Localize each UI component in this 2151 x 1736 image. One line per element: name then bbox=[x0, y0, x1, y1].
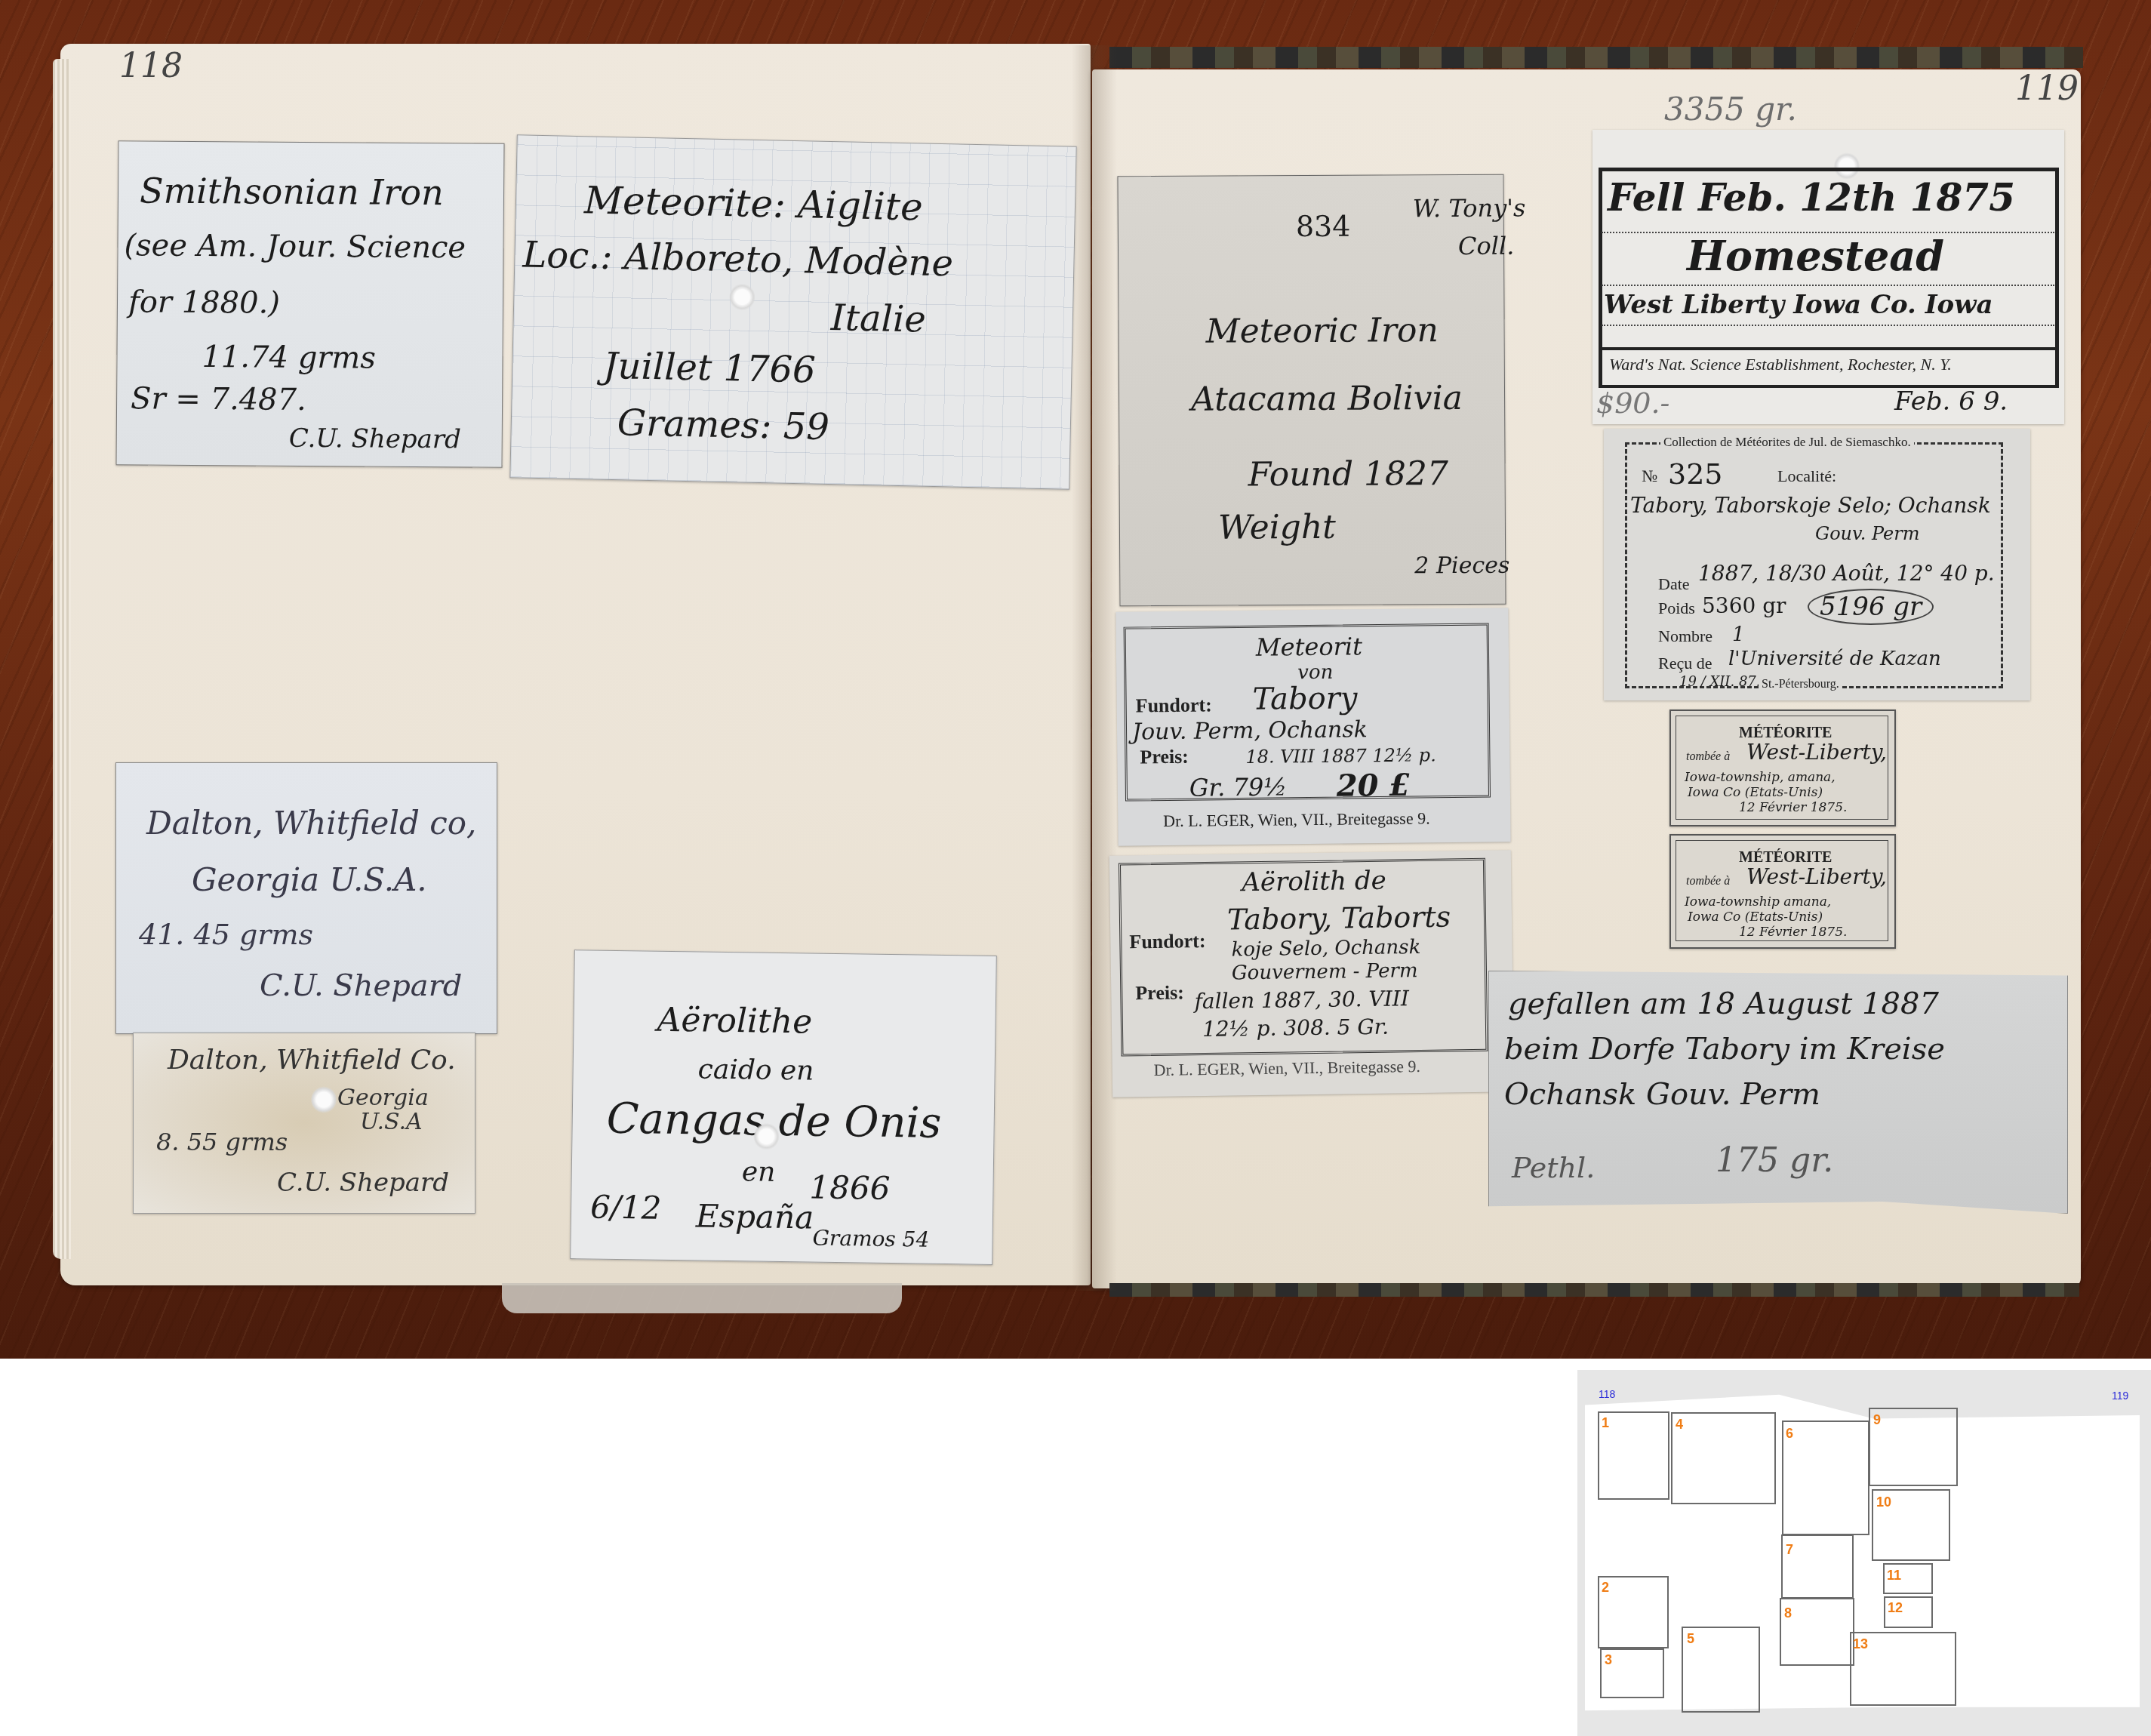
recu-label: Reçu de bbox=[1658, 654, 1712, 673]
nombre-label: Nombre bbox=[1658, 626, 1712, 646]
specimen-label-8: Aërolith de Fundort: Tabory, Taborts koj… bbox=[1109, 850, 1514, 1097]
label-line: 12 Février 1875. bbox=[1739, 925, 1847, 940]
poids-value: 5360 gr bbox=[1702, 593, 1786, 618]
diagram-number: 13 bbox=[1853, 1636, 1868, 1652]
label-line: Atacama Bolivia bbox=[1191, 379, 1463, 419]
locality-name: Homestead bbox=[1687, 232, 1944, 280]
label-line: Italie bbox=[830, 297, 926, 341]
page-edges bbox=[53, 59, 71, 1259]
label-line: 1866 bbox=[809, 1168, 891, 1206]
locality-name: West-Liberty, bbox=[1746, 740, 1887, 765]
label-line: Meteoric Iron bbox=[1205, 311, 1439, 351]
preis-label: Preis: bbox=[1135, 981, 1184, 1005]
label-line: 18. VIII 1887 12½ p. bbox=[1245, 744, 1436, 768]
diagram-number: 1 bbox=[1602, 1415, 1609, 1431]
pencil-initials: Pethl. bbox=[1512, 1151, 1595, 1184]
specimen-label-3: Dalton, Whitfield Co. Georgia U.S.A 8. 5… bbox=[133, 1033, 475, 1214]
page-number-right: 119 bbox=[2015, 69, 2079, 108]
date-value: 1887, 18/30 Août, 12° 40 p. bbox=[1698, 561, 1995, 586]
tombee-label: tombée à bbox=[1686, 875, 1730, 888]
label-line: 8. 55 grms bbox=[156, 1128, 288, 1156]
label-line: España bbox=[696, 1197, 814, 1236]
label-line: Juillet 1766 bbox=[603, 345, 816, 392]
diagram-box-9 bbox=[1869, 1408, 1958, 1486]
diagram-number: 9 bbox=[1873, 1412, 1881, 1428]
label-line: U.S.A bbox=[360, 1109, 423, 1135]
specimen-label-12: MÉTÉORITE tombée à West-Liberty, Iowa-to… bbox=[1669, 834, 1896, 949]
label-line: Tabory, Taborts bbox=[1227, 900, 1451, 936]
mid-rule bbox=[1599, 347, 2059, 350]
label-line: Iowa Co (Etats-Unis) bbox=[1688, 910, 1823, 925]
label-line: Loc.: Alboreto, Modène bbox=[522, 233, 954, 285]
dotted-line bbox=[1602, 285, 2054, 286]
localite-value: Gouv. Perm bbox=[1815, 523, 1920, 544]
diagram-number: 10 bbox=[1876, 1494, 1891, 1510]
top-rule bbox=[1599, 168, 2059, 171]
label-line: Aërolithe bbox=[657, 1001, 812, 1042]
fundort-label: Fundort: bbox=[1129, 930, 1206, 953]
specimen-label-4: Meteorite: Aiglite Loc.: Alboreto, Modèn… bbox=[509, 134, 1076, 489]
label-line: Grames: 59 bbox=[617, 402, 829, 448]
specimen-label-11: MÉTÉORITE tombée à West-Liberty, Iowa-to… bbox=[1669, 709, 1896, 826]
label-line: Meteorit bbox=[1256, 632, 1363, 661]
label-line: 11.74 grms bbox=[202, 340, 376, 376]
pencil-weight-note: 3355 gr. bbox=[1664, 91, 1797, 128]
tombee-label: tombée à bbox=[1686, 750, 1730, 764]
diagram-box-6 bbox=[1782, 1421, 1869, 1535]
label-line: 41. 45 grms bbox=[139, 918, 313, 951]
specimen-label-10: Collection de Météorites de Jul. de Siem… bbox=[1604, 429, 2030, 700]
label-line: Meteorite: Aiglite bbox=[583, 178, 923, 229]
diagram-page-119: 119 bbox=[2112, 1390, 2128, 1402]
specimen-label-5: Aërolithe caido en Cangas de Onis en 6/1… bbox=[570, 950, 997, 1265]
marbled-cover-top bbox=[1109, 47, 2083, 68]
localite-label: Localité: bbox=[1777, 466, 1836, 486]
label-line: Tabory bbox=[1252, 681, 1357, 716]
number-label: № bbox=[1642, 466, 1657, 486]
diagram-box-4 bbox=[1671, 1412, 1776, 1504]
label-line: Iowa-township, amana, bbox=[1685, 770, 1836, 785]
collection-note: Coll. bbox=[1458, 232, 1515, 260]
circled-weight: 5196 gr bbox=[1808, 589, 1934, 625]
label-line: Smithsonian Iron bbox=[140, 170, 444, 213]
specimen-label-9: Fell Feb. 12th 1875 Homestead West Liber… bbox=[1592, 130, 2064, 424]
diagram-number: 4 bbox=[1676, 1417, 1683, 1433]
pencil-initials: Feb. 6 9. bbox=[1894, 386, 2008, 417]
diagram-number: 3 bbox=[1605, 1652, 1612, 1668]
specimen-label-2: Dalton, Whitfield co, Georgia U.S.A. 41.… bbox=[115, 762, 497, 1034]
diagram-number: 12 bbox=[1888, 1600, 1903, 1616]
book-photo: 118 119 3355 gr. Smithsonian Iron (see A… bbox=[0, 0, 2151, 1359]
signature: C.U. Shepard bbox=[260, 968, 462, 1003]
catalog-number: 834 bbox=[1296, 210, 1351, 243]
label-line: 12 Février 1875. bbox=[1739, 800, 1847, 815]
diagram-number: 2 bbox=[1602, 1580, 1609, 1596]
torn-page-fragment bbox=[502, 1283, 902, 1313]
label-line: Dalton, Whitfield co, bbox=[146, 805, 476, 842]
preis-label: Preis: bbox=[1140, 746, 1189, 769]
pin-hole bbox=[753, 1122, 779, 1150]
collection-note: W. Tony's bbox=[1413, 194, 1526, 223]
label-line: Gouvernem - Perm bbox=[1232, 959, 1418, 984]
label-line: West Liberty Iowa Co. Iowa bbox=[1604, 290, 1993, 320]
collection-header: Collection de Météorites de Jul. de Siem… bbox=[1660, 435, 1914, 450]
diagram-page-118: 118 bbox=[1599, 1388, 1615, 1400]
price-value: 20 £ bbox=[1337, 768, 1411, 804]
diagram-number: 8 bbox=[1784, 1605, 1792, 1621]
label-line: Gramos 54 bbox=[812, 1226, 929, 1252]
label-line: Georgia U.S.A. bbox=[192, 861, 427, 898]
dealer-imprint: Ward's Nat. Science Establishment, Roche… bbox=[1609, 355, 1952, 374]
pencil-weight: 175 gr. bbox=[1716, 1141, 1833, 1180]
label-line: von bbox=[1297, 661, 1333, 684]
label-line: gefallen am 18 August 1887 bbox=[1508, 987, 1939, 1021]
label-line: Georgia bbox=[337, 1085, 429, 1111]
locality-name: West-Liberty, bbox=[1746, 864, 1887, 889]
label-line: en bbox=[742, 1156, 776, 1188]
label-line: Jouv. Perm, Ochansk bbox=[1132, 716, 1368, 745]
label-line: Sr = 7.487. bbox=[131, 381, 306, 417]
label-line: 2 Pieces bbox=[1414, 553, 1509, 580]
specimen-label-1: Smithsonian Iron (see Am. Jour. Science … bbox=[116, 140, 505, 468]
label-line: Found 1827 bbox=[1248, 454, 1448, 494]
dealer-imprint: Dr. L. EGER, Wien, VII., Breitegasse 9. bbox=[1154, 1057, 1421, 1080]
page-number-left: 118 bbox=[119, 47, 183, 85]
city-imprint: St.-Pétersbourg. bbox=[1759, 678, 1842, 691]
label-line: Aërolith de bbox=[1242, 866, 1386, 898]
poids-label: Poids bbox=[1658, 599, 1695, 618]
label-line: 6/12 bbox=[590, 1188, 662, 1226]
label-line: koje Selo, Ochansk bbox=[1231, 936, 1420, 961]
pin-hole bbox=[311, 1086, 337, 1113]
label-line: Weight bbox=[1218, 508, 1336, 547]
diagram-number: 11 bbox=[1887, 1568, 1901, 1584]
pin-hole bbox=[729, 283, 755, 311]
label-line: Iowa-township amana, bbox=[1685, 894, 1831, 910]
spine-gutter bbox=[1072, 45, 1117, 1291]
specimen-label-13: gefallen am 18 August 1887 beim Dorfe Ta… bbox=[1488, 971, 2068, 1214]
label-index-diagram: 118 119 1 2 3 4 5 6 7 8 9 10 11 12 13 bbox=[1577, 1370, 2151, 1736]
localite-value: Tabory, Taborskoje Selo; Ochansk bbox=[1630, 493, 1991, 518]
diagram-number: 6 bbox=[1786, 1426, 1793, 1442]
pencil-price: $90.- bbox=[1596, 386, 1669, 420]
marbled-cover-bottom bbox=[1109, 1283, 2079, 1297]
recu-value: l'Université de Kazan bbox=[1728, 648, 1941, 670]
label-line: beim Dorfe Tabory im Kreise bbox=[1504, 1032, 1945, 1067]
label-line: 12½ p. 308. 5 Gr. bbox=[1202, 1014, 1389, 1042]
label-line: Gr. 79½ bbox=[1189, 772, 1288, 802]
dealer-imprint: Dr. L. EGER, Wien, VII., Breitegasse 9. bbox=[1163, 808, 1430, 831]
date-label: Date bbox=[1658, 574, 1690, 594]
dotted-line bbox=[1602, 325, 2054, 326]
received-date: 19 / XII. 87. bbox=[1679, 674, 1761, 690]
nombre-value: 1 bbox=[1732, 623, 1745, 646]
signature: C.U. Shepard bbox=[277, 1168, 449, 1198]
diagram-number: 5 bbox=[1687, 1631, 1694, 1647]
specimen-label-6: 834 W. Tony's Coll. Meteoric Iron Atacam… bbox=[1118, 174, 1506, 607]
label-line: (see Am. Jour. Science bbox=[124, 228, 466, 265]
right-rule bbox=[2055, 168, 2059, 388]
left-rule bbox=[1599, 168, 1602, 388]
fundort-label: Fundort: bbox=[1136, 694, 1212, 717]
catalog-number: 325 bbox=[1668, 457, 1723, 491]
label-line: Iowa Co (Etats-Unis) bbox=[1688, 785, 1823, 800]
label-line: Ochansk Gouv. Perm bbox=[1504, 1077, 1820, 1112]
label-line: Fell Feb. 12th 1875 bbox=[1608, 175, 2015, 220]
signature: C.U. Shepard bbox=[289, 423, 461, 455]
label-line: Dalton, Whitfield Co. bbox=[168, 1045, 456, 1076]
specimen-label-7: Meteorit von Fundort: Tabory Jouv. Perm,… bbox=[1116, 608, 1510, 845]
label-line: fallen 1887, 30. VIII bbox=[1194, 986, 1409, 1014]
diagram-number: 7 bbox=[1786, 1542, 1793, 1558]
label-line: for 1880.) bbox=[128, 285, 280, 320]
label-line: caido en bbox=[697, 1054, 814, 1086]
